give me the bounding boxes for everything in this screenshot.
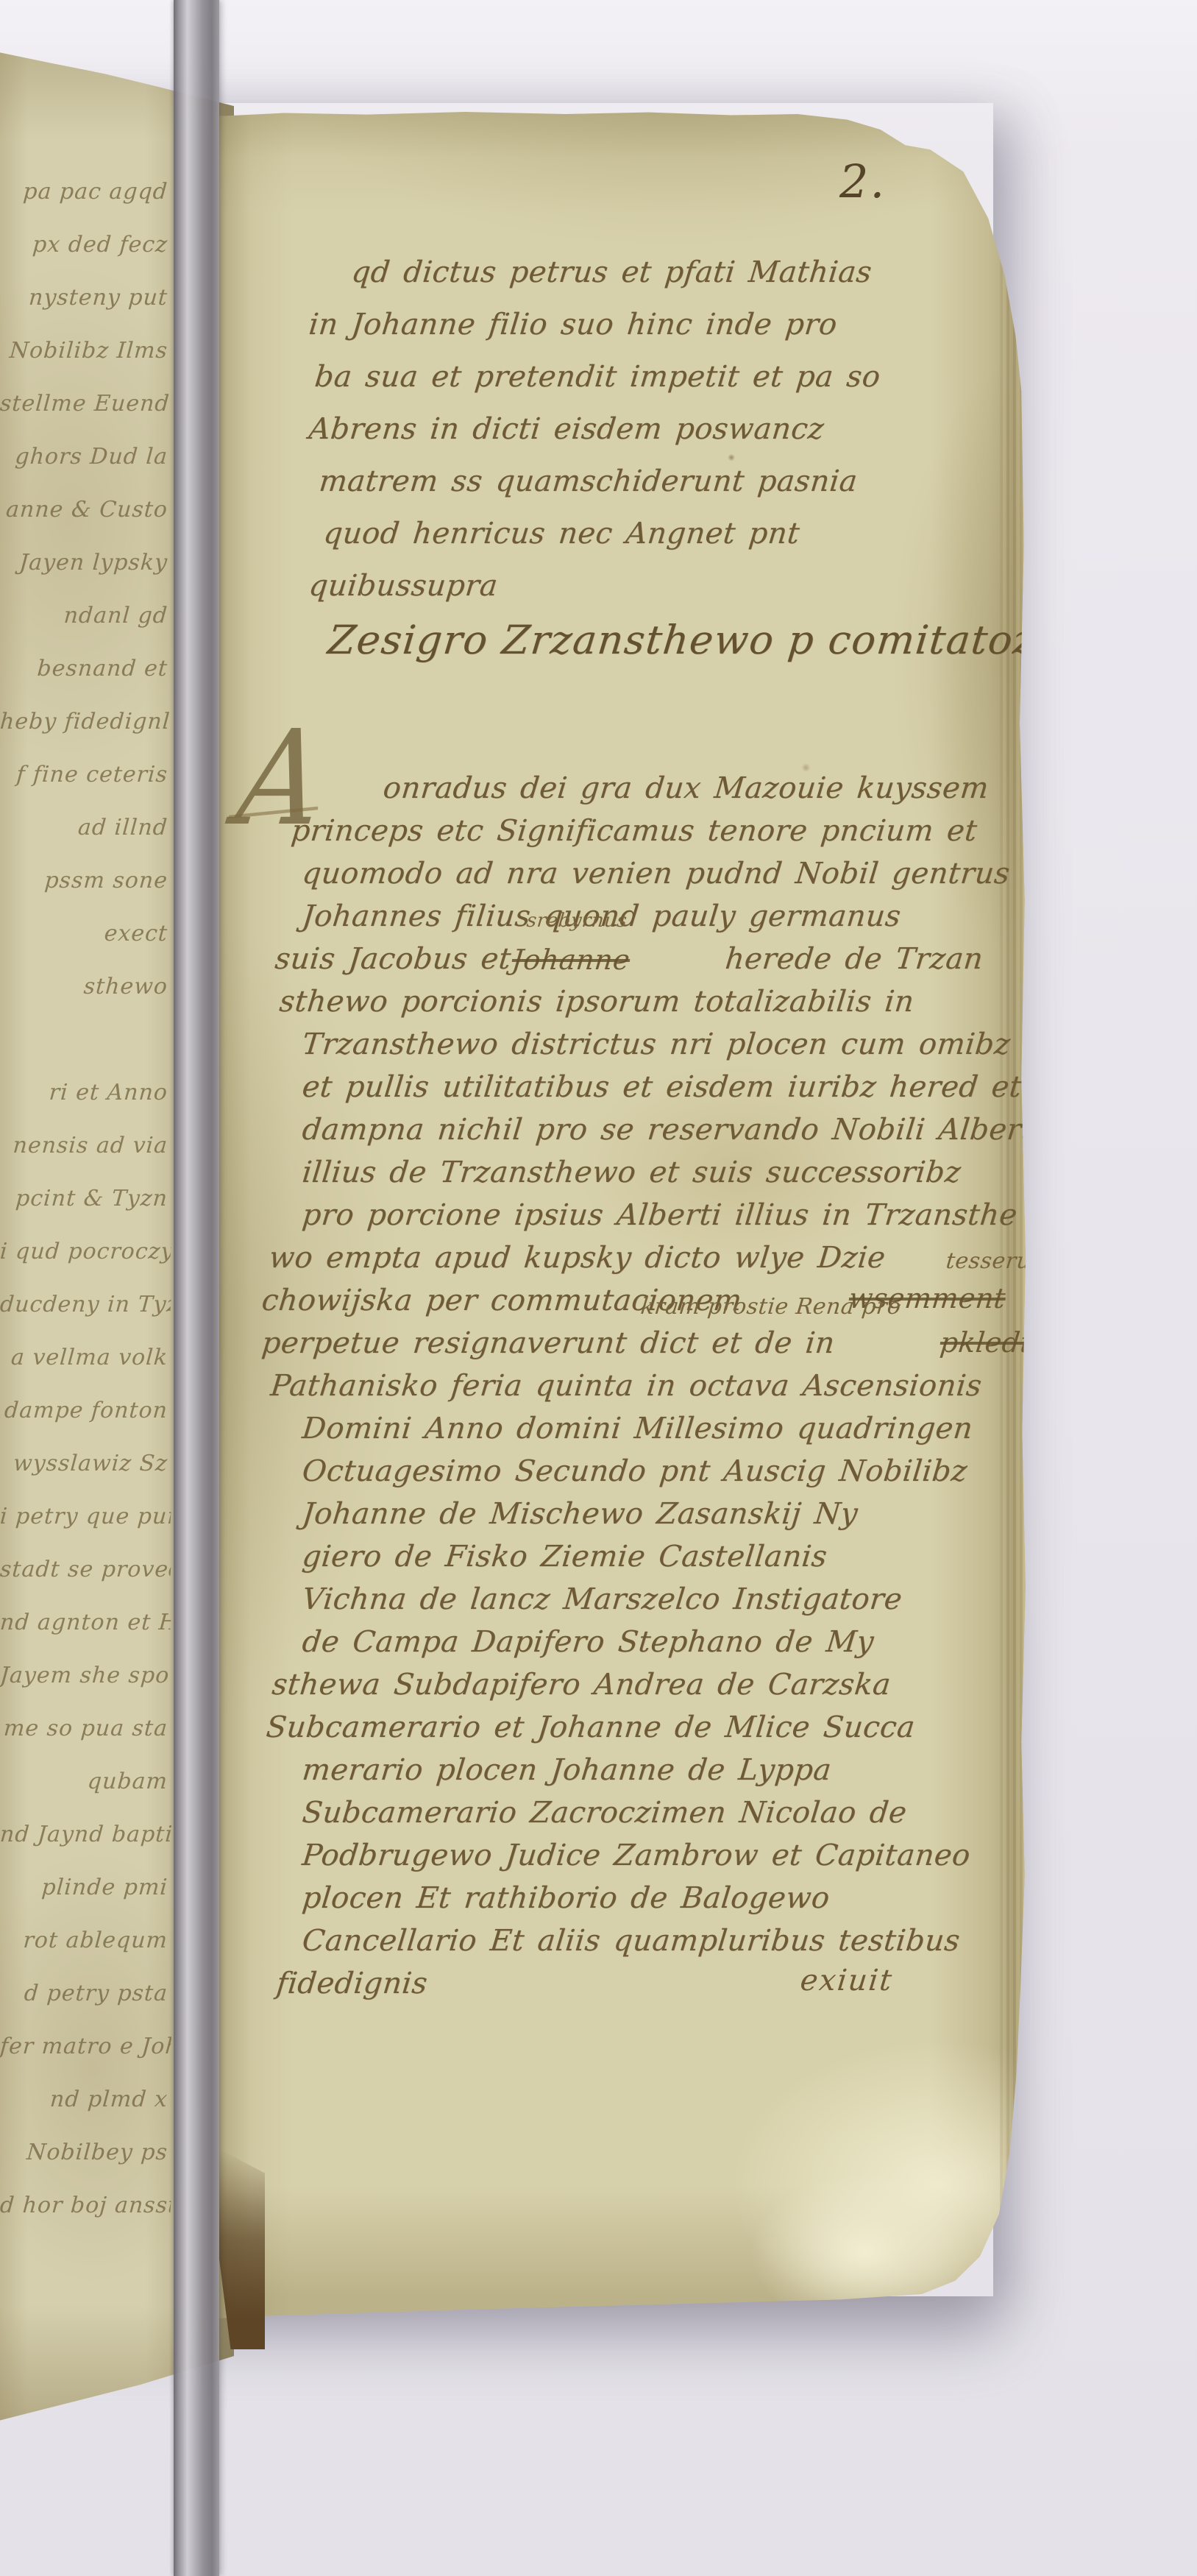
manuscript-line: sthewo porcionis ipsorum totalizabilis i… xyxy=(260,980,1051,1023)
manuscript-line: onradus dei gra dux Mazouie kuyssem xyxy=(260,767,1051,810)
manuscript-line-fragment: anne & Custo xyxy=(0,484,173,537)
manuscript-line: in Johanne filio suo hinc inde pro xyxy=(306,299,1010,351)
manuscript-line: merario plocen Johanne de Lyppa xyxy=(260,1749,1051,1791)
manuscript-line-fragment: stellme Euend xyxy=(0,378,173,431)
manuscript-line-fragment: pssm sone xyxy=(0,854,173,907)
manuscript-line: fidedignis xyxy=(260,1962,1051,2005)
manuscript-line: dampna nichil pro se reservando Nobili A… xyxy=(260,1108,1051,1151)
manuscript-line-fragment: qubam xyxy=(0,1755,173,1808)
manuscript-line-fragment: pcint & Tyzn xyxy=(0,1172,173,1225)
manuscript-line-fragment: a vellma volk xyxy=(0,1331,173,1384)
manuscript-photo-scene: pa pac agqdpx ded fecznysteny putNobilib… xyxy=(0,0,1197,2576)
manuscript-line-fragment xyxy=(0,2232,173,2285)
manuscript-line-fragment: i qud pocroczy xyxy=(0,1225,173,1278)
closing-word: exiuit xyxy=(799,1964,895,1998)
manuscript-line: Pathanisko feria quinta in octava Ascens… xyxy=(260,1365,1051,1407)
manuscript-line: et pullis utilitatibus et eisdem iuribz … xyxy=(260,1066,1051,1108)
manuscript-line: quod henricus nec Angnet pnt xyxy=(306,508,1010,560)
manuscript-line-fragment: heby fidedignl xyxy=(0,696,173,749)
manuscript-line: Podbrugewo Judice Zambrow et Capitaneo xyxy=(260,1834,1051,1877)
manuscript-line-fragment: px ded fecz xyxy=(0,219,173,272)
manuscript-line-fragment: i petry que pund xyxy=(0,1490,173,1543)
opening-paragraph: qd dictus petrus et pfati Mathiasin Joha… xyxy=(309,247,1008,612)
book-mount-rod xyxy=(174,0,219,2576)
manuscript-line-fragment: nd Jaynd bapti xyxy=(0,1808,173,1861)
manuscript-line: Octuagesimo Secundo pnt Auscig Nobilibz xyxy=(260,1450,1051,1493)
manuscript-line-fragment: plinde pmi xyxy=(0,1861,173,1914)
manuscript-line-fragment: d petry psta xyxy=(0,1967,173,2020)
manuscript-line: giero de Fisko Ziemie Castellanis xyxy=(260,1535,1051,1578)
manuscript-line-fragment: ndanl gd xyxy=(0,590,173,643)
manuscript-line: plocen Et rathiborio de Balogewo xyxy=(260,1877,1051,1919)
manuscript-line-fragment: fer matro e Joh xyxy=(0,2020,173,2073)
manuscript-line: Domini Anno domini Millesimo quadringen xyxy=(260,1407,1051,1450)
manuscript-line-fragment: pa pac agqd xyxy=(0,166,173,219)
page-number: 2. xyxy=(839,155,886,208)
manuscript-line: Cancellario Et aliis quampluribus testib… xyxy=(260,1919,1051,1962)
manuscript-line-fragment: nd plmd x xyxy=(0,2073,173,2126)
struck-word: pkledt xyxy=(939,1326,1034,1359)
manuscript-line: Abrens in dicti eisdem poswancz xyxy=(306,403,1010,456)
manuscript-line-fragment: ri et Anno xyxy=(0,1066,173,1119)
manuscript-line: suis Jacobus et herede de Trzan xyxy=(260,938,1051,980)
manuscript-line: Johannes filius quond pauly germanus xyxy=(260,895,1051,938)
manuscript-line-fragment: Nobilibz Ilms xyxy=(0,325,173,378)
manuscript-line-fragment: exect xyxy=(0,907,173,960)
manuscript-line-fragment: f fine ceteris xyxy=(0,749,173,802)
manuscript-line: princeps etc Significamus tenore pncium … xyxy=(260,810,1051,852)
right-page: 2. qd dictus petrus et pfati Mathiasin J… xyxy=(218,103,1046,2318)
manuscript-line-fragment: nensis ad via xyxy=(0,1119,173,1172)
manuscript-line: de Campa Dapifero Stephano de My xyxy=(260,1621,1051,1663)
manuscript-line-fragment: Nobilbey ps xyxy=(0,2126,173,2179)
main-text-block: onradus dei gra dux Mazouie kuyssemprinc… xyxy=(262,767,1049,2005)
margin-note: tesserunt xyxy=(945,1248,1056,1274)
manuscript-line: Subcamerario Zacroczimen Nicolao de xyxy=(260,1791,1051,1834)
manuscript-line-fragment: nysteny put xyxy=(0,272,173,325)
manuscript-line-fragment: nd agnton et Hh xyxy=(0,1596,173,1649)
manuscript-line: pro porcione ipsius Alberti illius in Tr… xyxy=(260,1194,1051,1236)
interline-insertion: srebyrnus xyxy=(525,910,628,932)
manuscript-line-fragment: Jayem she spo xyxy=(0,1649,173,1702)
manuscript-line: Subcamerario et Johanne de Mlice Succa xyxy=(260,1706,1051,1749)
left-page-text-fragments: pa pac agqdpx ded fecznysteny putNobilib… xyxy=(0,166,171,2285)
struck-word: Johanne xyxy=(511,944,632,976)
manuscript-line-fragment: dampe fonton xyxy=(0,1384,173,1437)
manuscript-line: wo empta apud kupsky dicto wlye Dzie xyxy=(260,1236,1051,1279)
manuscript-line: ba sua et pretendit impetit et pa so xyxy=(306,351,1010,403)
manuscript-line-fragment: me so pua sta xyxy=(0,1702,173,1755)
manuscript-line: Vichna de lancz Marszelco Instigatore xyxy=(260,1578,1051,1621)
manuscript-line-fragment: rot ablequm xyxy=(0,1914,173,1967)
manuscript-line-fragment: besnand et xyxy=(0,643,173,696)
manuscript-line-fragment: ghors Dud la xyxy=(0,431,173,484)
interline-insertion: kram prostie Rena pro xyxy=(639,1294,902,1320)
manuscript-line-fragment: wysslawiz Sz xyxy=(0,1437,173,1490)
manuscript-line: qd dictus petrus et pfati Mathias xyxy=(306,247,1010,299)
manuscript-line-fragment: Jayen lypsky xyxy=(0,537,173,590)
manuscript-line: matrem ss quamschiderunt pasnia xyxy=(306,456,1010,508)
manuscript-line: quomodo ad nra venien pudnd Nobil gentru… xyxy=(260,852,1051,895)
manuscript-line-fragment: ducdeny in Tyzn xyxy=(0,1278,173,1331)
manuscript-line: perpetue resignaverunt dict et de in xyxy=(260,1322,1051,1365)
manuscript-line-fragment xyxy=(0,1013,173,1066)
manuscript-line-fragment: sthewo xyxy=(0,960,173,1013)
manuscript-line-fragment: d hor boj ansst xyxy=(0,2179,173,2232)
manuscript-line: illius de Trzansthewo et suis successori… xyxy=(260,1151,1051,1194)
manuscript-line-fragment: ad illnd xyxy=(0,802,173,854)
section-heading: Zesigro Zrzansthewo p comitatoz xyxy=(326,617,1038,663)
manuscript-line: Trzansthewo districtus nri plocen cum om… xyxy=(260,1023,1051,1066)
manuscript-line: Johanne de Mischewo Zasanskij Ny xyxy=(260,1493,1051,1535)
manuscript-line: quibussupra xyxy=(306,560,1010,612)
manuscript-line: sthewa Subdapifero Andrea de Carzska xyxy=(260,1663,1051,1706)
manuscript-line-fragment: stadt se provedit xyxy=(0,1543,173,1596)
